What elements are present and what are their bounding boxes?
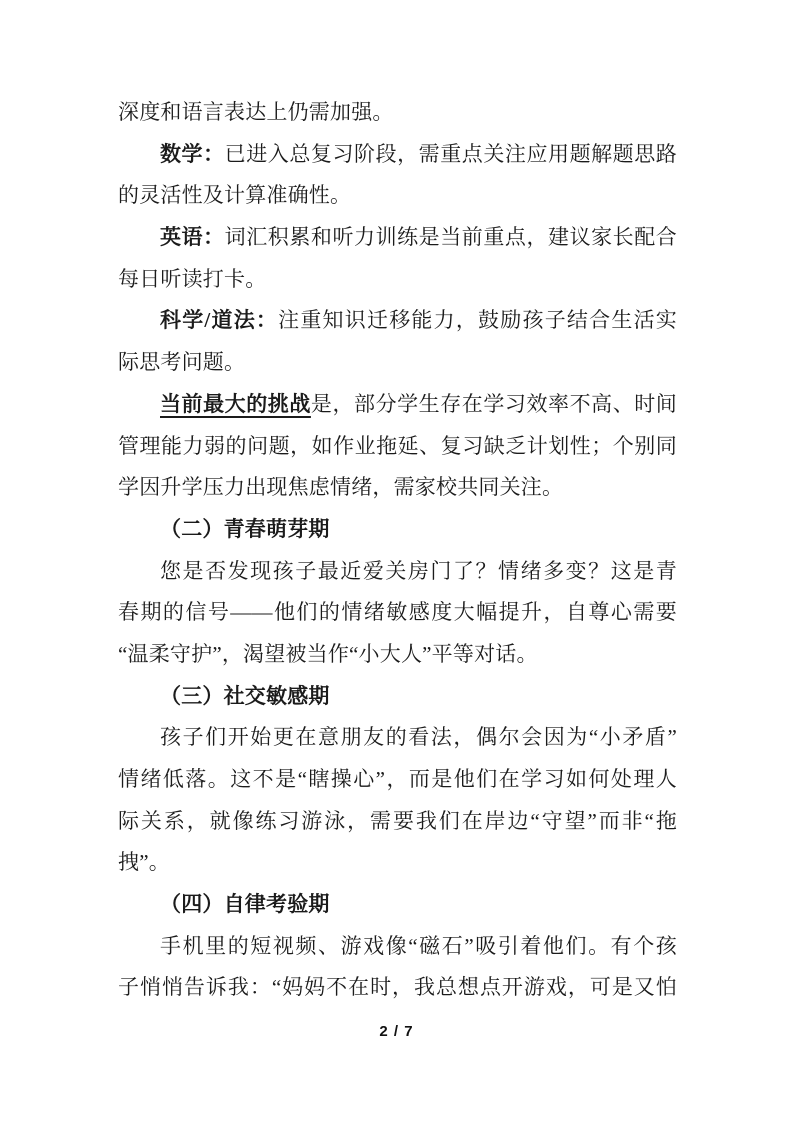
bold-label-text: （三）社交敏感期 [160,684,330,708]
body-text: 您是否发现孩子最近爱关房门了？情绪多变？这是青 [160,559,677,583]
bold-label-text: 英语： [160,225,225,249]
text-line: 情绪低落。这不是“瞎操心”，而是他们在学习如何处理人 [118,759,677,801]
paragraph: 科学/道法：注重知识迁移能力，鼓励孩子结合生活实际思考问题。 [118,300,677,383]
body-text: 学因升学压力出现焦虑情绪，需家校共同关注。 [118,475,563,499]
text-line: 您是否发现孩子最近爱关房门了？情绪多变？这是青 [118,551,677,593]
body-text: 的灵活性及计算准确性。 [118,183,351,207]
page-number: 2 / 7 [0,1022,793,1042]
body-text: 注重知识迁移能力，鼓励孩子结合生活实 [278,308,677,332]
text-line: 的灵活性及计算准确性。 [118,175,677,217]
text-line: 当前最大的挑战是，部分学生存在学习效率不高、时间 [118,384,677,426]
body-text: 子悄悄告诉我：“妈妈不在时，我总想点开游戏，可是又怕 [118,975,677,999]
body-text: “温柔守护”，渴望被当作“小大人”平等对话。 [118,642,538,666]
text-line: “温柔守护”，渴望被当作“小大人”平等对话。 [118,634,677,676]
text-line: 子悄悄告诉我：“妈妈不在时，我总想点开游戏，可是又怕 [118,967,677,1009]
paragraph: 当前最大的挑战是，部分学生存在学习效率不高、时间管理能力弱的问题，如作业拖延、复… [118,384,677,509]
bold-label-text: 数学： [160,142,225,166]
body-text: 深度和语言表达上仍需加强。 [118,100,394,124]
text-line: 深度和语言表达上仍需加强。 [118,92,677,134]
text-line: （四）自律考验期 [118,884,677,926]
underlined-emphasis-text: 当前最大的挑战 [160,392,311,416]
bold-label-text: （四）自律考验期 [160,892,330,916]
body-text: 孩子们开始更在意朋友的看法，偶尔会因为“小矛盾” [160,725,677,749]
section-heading: （三）社交敏感期 [118,676,677,718]
paragraph: 您是否发现孩子最近爱关房门了？情绪多变？这是青春期的信号——他们的情绪敏感度大幅… [118,551,677,676]
body-text: 春期的信号——他们的情绪敏感度大幅提升，自尊心需要 [118,600,677,624]
text-line: 春期的信号——他们的情绪敏感度大幅提升，自尊心需要 [118,592,677,634]
body-text: 际思考问题。 [118,350,245,374]
document-page: 深度和语言表达上仍需加强。数学：已进入总复习阶段，需重点关注应用题解题思路的灵活… [0,0,793,1122]
text-line: 科学/道法：注重知识迁移能力，鼓励孩子结合生活实 [118,300,677,342]
text-line: （三）社交敏感期 [118,676,677,718]
body-text: 拽”。 [118,850,170,874]
paragraph: 深度和语言表达上仍需加强。 [118,92,677,134]
text-line: 英语：词汇积累和听力训练是当前重点，建议家长配合 [118,217,677,259]
text-line: 管理能力弱的问题，如作业拖延、复习缺乏计划性；个别同 [118,426,677,468]
text-line: 拽”。 [118,842,677,884]
paragraph: 手机里的短视频、游戏像“磁石”吸引着他们。有个孩子悄悄告诉我：“妈妈不在时，我总… [118,926,677,1009]
paragraph: 英语：词汇积累和听力训练是当前重点，建议家长配合每日听读打卡。 [118,217,677,300]
section-heading: （二）青春萌芽期 [118,509,677,551]
text-line: 数学：已进入总复习阶段，需重点关注应用题解题思路 [118,134,677,176]
text-line: 际关系，就像练习游泳，需要我们在岸边“守望”而非“拖 [118,801,677,843]
text-line: 际思考问题。 [118,342,677,384]
text-line: （二）青春萌芽期 [118,509,677,551]
body-text: 情绪低落。这不是“瞎操心”，而是他们在学习如何处理人 [118,767,677,791]
text-line: 孩子们开始更在意朋友的看法，偶尔会因为“小矛盾” [118,717,677,759]
body-text: 际关系，就像练习游泳，需要我们在岸边“守望”而非“拖 [118,809,677,833]
body-text: 词汇积累和听力训练是当前重点，建议家长配合 [225,225,677,249]
text-line: 学因升学压力出现焦虑情绪，需家校共同关注。 [118,467,677,509]
paragraph: 孩子们开始更在意朋友的看法，偶尔会因为“小矛盾”情绪低落。这不是“瞎操心”，而是… [118,717,677,884]
body-text: 是，部分学生存在学习效率不高、时间 [311,392,677,416]
section-heading: （四）自律考验期 [118,884,677,926]
body-text: 每日听读打卡。 [118,267,266,291]
paragraph: 数学：已进入总复习阶段，需重点关注应用题解题思路的灵活性及计算准确性。 [118,134,677,217]
body-text: 已进入总复习阶段，需重点关注应用题解题思路 [225,142,677,166]
text-line: 每日听读打卡。 [118,259,677,301]
text-line: 手机里的短视频、游戏像“磁石”吸引着他们。有个孩 [118,926,677,968]
bold-label-text: （二）青春萌芽期 [160,517,330,541]
body-text: 手机里的短视频、游戏像“磁石”吸引着他们。有个孩 [160,934,677,958]
bold-label-text: 科学/道法： [160,308,278,332]
document-body: 深度和语言表达上仍需加强。数学：已进入总复习阶段，需重点关注应用题解题思路的灵活… [118,92,677,1009]
body-text: 管理能力弱的问题，如作业拖延、复习缺乏计划性；个别同 [118,434,677,458]
